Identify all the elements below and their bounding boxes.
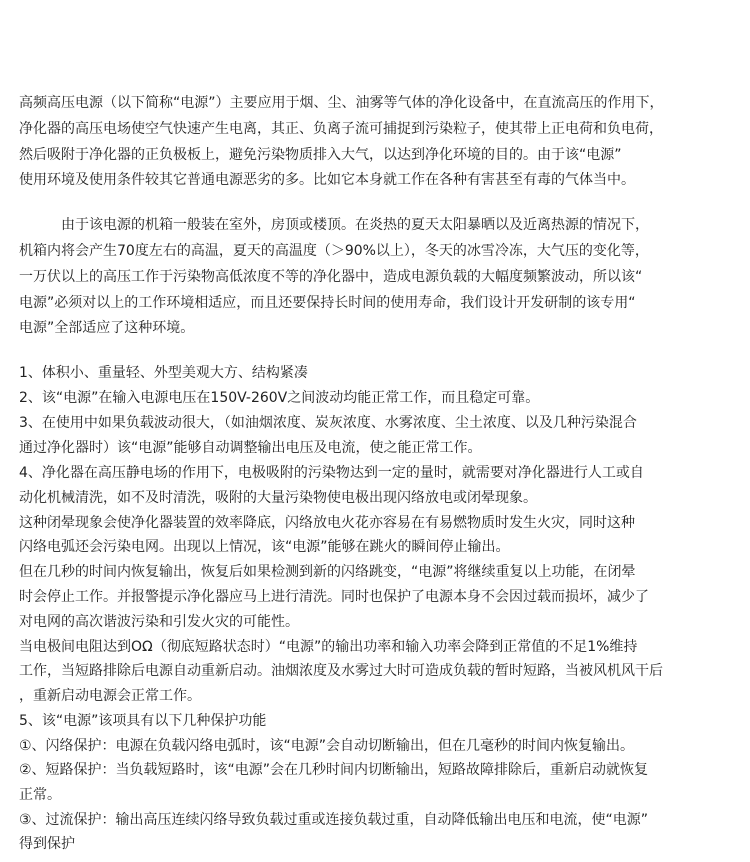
feature-line-12: 当电极间电阻达到OΩ（彻底短路状态时）“电源”的输出功率和输入功率会降到正常值的… [19,638,637,656]
feature-line-4: 通过净化器时）该“电源”能够自动调整输出电压及电流，使之能正常工作。 [19,439,482,457]
feature-line-6: 动化机械清洗，如不及时清洗，吸附的大量污染物使电极出现闪络放电或闭晕现象。 [19,489,537,507]
feature-line-20: 得到保护 [19,835,75,853]
paragraph-1-line-2: 净化器的高压电场使空气快速产生电离，其正、负离子流可捕捉到污染粒子，使其带上正电… [19,120,663,138]
paragraph-1-line-4: 使用环境及使用条件较其它普通电源恶劣的多。比如它本身就工作在各种有害甚至有毒的气… [19,171,635,189]
paragraph-2-line-4: 电源”必须对以上的工作环境相适应，而且还要保持长时间的使用寿命，我们设计开发研制… [19,294,636,312]
feature-line-11: 对电网的高次谐波污染和引发火灾的可能性。 [19,613,299,631]
paragraph-2-line-3: 一万伏以上的高压工作于污染物高低浓度不等的净化器中，造成电源负载的大幅度频繁波动… [19,268,642,286]
paragraph-1-line-1: 高频高压电源（以下简称“电源”）主要应用于烟、尘、油雾等气体的净化设备中，在直流… [19,94,664,112]
feature-line-8: 闪络电弧还会污染电网。出现以上情况，该“电源”能够在跳火的瞬间停止输出。 [19,538,510,556]
paragraph-1-line-3: 然后吸附于净化器的正负极板上，避免污染物质排入大气，以达到净化环境的目的。由于该… [19,146,622,164]
feature-line-3: 3、在使用中如果负载波动很大，（如油烟浓度、炭灰浓度、水雾浓度、尘土浓度、以及几… [19,414,637,432]
feature-line-5: 4、净化器在高压静电场的作用下，电极吸附的污染物达到一定的量时，就需要对净化器进… [19,464,644,482]
feature-line-7: 这种闭晕现象会使净化器装置的效率降底，闪络放电火花亦容易在有易燃物质时发生火灾，… [19,514,635,532]
feature-line-19: ③、过流保护：输出高压连续闪络导致负载过重或连接负载过重，自动降低输出电压和电流… [19,811,648,829]
feature-line-17: ②、短路保护：当负载短路时，该“电源”会在几秒时间内切断输出，短路故障排除后，重… [19,761,648,779]
paragraph-2-line-5: 电源”全部适应了这种环境。 [19,319,194,337]
feature-line-15: 5、该“电源”该项具有以下几种保护功能 [19,712,266,730]
feature-line-18: 正常。 [19,786,61,804]
feature-line-16: ①、闪络保护：电源在负载闪络电弧时，该“电源”会自动切断输出，但在几毫秒的时间内… [19,737,634,755]
feature-line-9: 但在几秒的时间内恢复输出，恢复后如果检测到新的闪络跳变，“电源”将继续重复以上功… [19,563,636,581]
feature-line-2: 2、该“电源”在输入电源电压在150V-260V之间波动均能正常工作，而且稳定可… [19,389,539,407]
paragraph-2-line-2: 机箱内将会产生70度左右的高温，夏天的高温度（＞90%以上），冬天的冰雪冷冻，大… [19,242,649,260]
feature-line-10: 时会停止工作。并报警提示净化器应马上进行清洗。同时也保护了电源本身不会因过载而损… [19,588,649,606]
feature-line-13: 工作，当短路排除后电源自动重新启动。油烟浓度及水雾过大时可造成负载的暂时短路，当… [19,662,663,680]
feature-line-14: ，重新启动电源会正常工作。 [19,687,201,705]
feature-line-1: 1、体积小、重量轻、外型美观大方、结构紧凑 [19,364,308,382]
paragraph-2-line-1: 由于该电源的机箱一般装在室外，房顶或楼顶。在炎热的夏天太阳暴晒以及近离热源的情况… [61,216,649,234]
